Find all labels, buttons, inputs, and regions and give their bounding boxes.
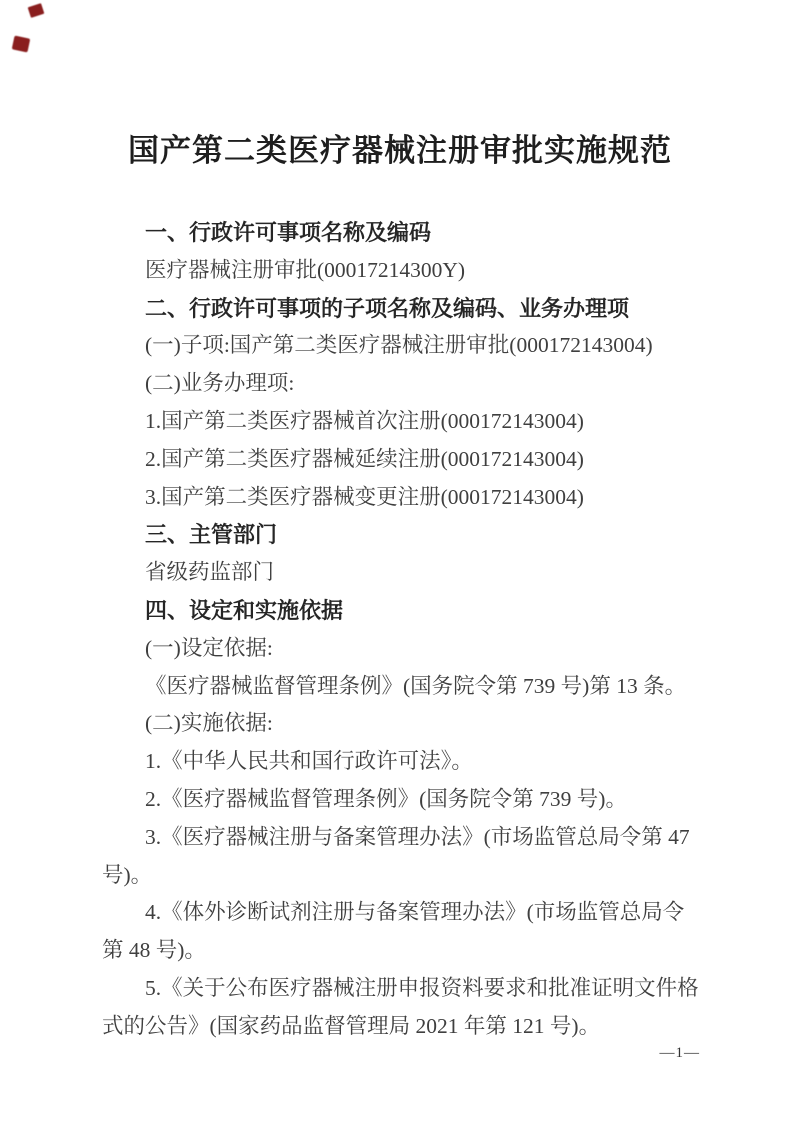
body-line: (一)子项:国产第二类医疗器械注册审批(000172143004)	[102, 327, 722, 365]
document-title: 国产第二类医疗器械注册审批实施规范	[90, 126, 710, 176]
document-body: 一、行政许可事项名称及编码医疗器械注册审批(00017214300Y)二、行政许…	[102, 214, 722, 1046]
body-line: 省级药监部门	[102, 554, 722, 592]
document-page: 国产第二类医疗器械注册审批实施规范 一、行政许可事项名称及编码医疗器械注册审批(…	[0, 0, 800, 1131]
section-heading: 四、设定和实施依据	[102, 592, 722, 630]
body-line: 3.《医疗器械注册与备案管理办法》(市场监管总局令第 47	[102, 819, 722, 857]
red-stain-mark	[28, 3, 45, 18]
body-line: 1.《中华人民共和国行政许可法》。	[102, 743, 722, 781]
body-line: 3.国产第二类医疗器械变更注册(000172143004)	[102, 479, 722, 517]
body-line: (二)业务办理项:	[102, 365, 722, 403]
section-heading: 一、行政许可事项名称及编码	[102, 214, 722, 252]
section-heading: 二、行政许可事项的子项名称及编码、业务办理项	[102, 290, 722, 328]
body-line: (一)设定依据:	[102, 630, 722, 668]
body-line: 医疗器械注册审批(00017214300Y)	[102, 252, 722, 290]
body-line: 号)。	[102, 857, 722, 895]
body-line: (二)实施依据:	[102, 705, 722, 743]
red-stain-mark	[12, 35, 31, 52]
body-line: 第 48 号)。	[102, 932, 722, 970]
section-heading: 三、主管部门	[102, 516, 722, 554]
body-line: 4.《体外诊断试剂注册与备案管理办法》(市场监管总局令	[102, 894, 722, 932]
page-number: —1—	[660, 1045, 701, 1062]
body-line: 1.国产第二类医疗器械首次注册(000172143004)	[102, 403, 722, 441]
body-line: 《医疗器械监督管理条例》(国务院令第 739 号)第 13 条。	[102, 668, 722, 706]
body-line: 5.《关于公布医疗器械注册申报资料要求和批准证明文件格	[102, 970, 722, 1008]
body-line: 2.国产第二类医疗器械延续注册(000172143004)	[102, 441, 722, 479]
body-line: 式的公告》(国家药品监督管理局 2021 年第 121 号)。	[102, 1008, 722, 1046]
body-line: 2.《医疗器械监督管理条例》(国务院令第 739 号)。	[102, 781, 722, 819]
